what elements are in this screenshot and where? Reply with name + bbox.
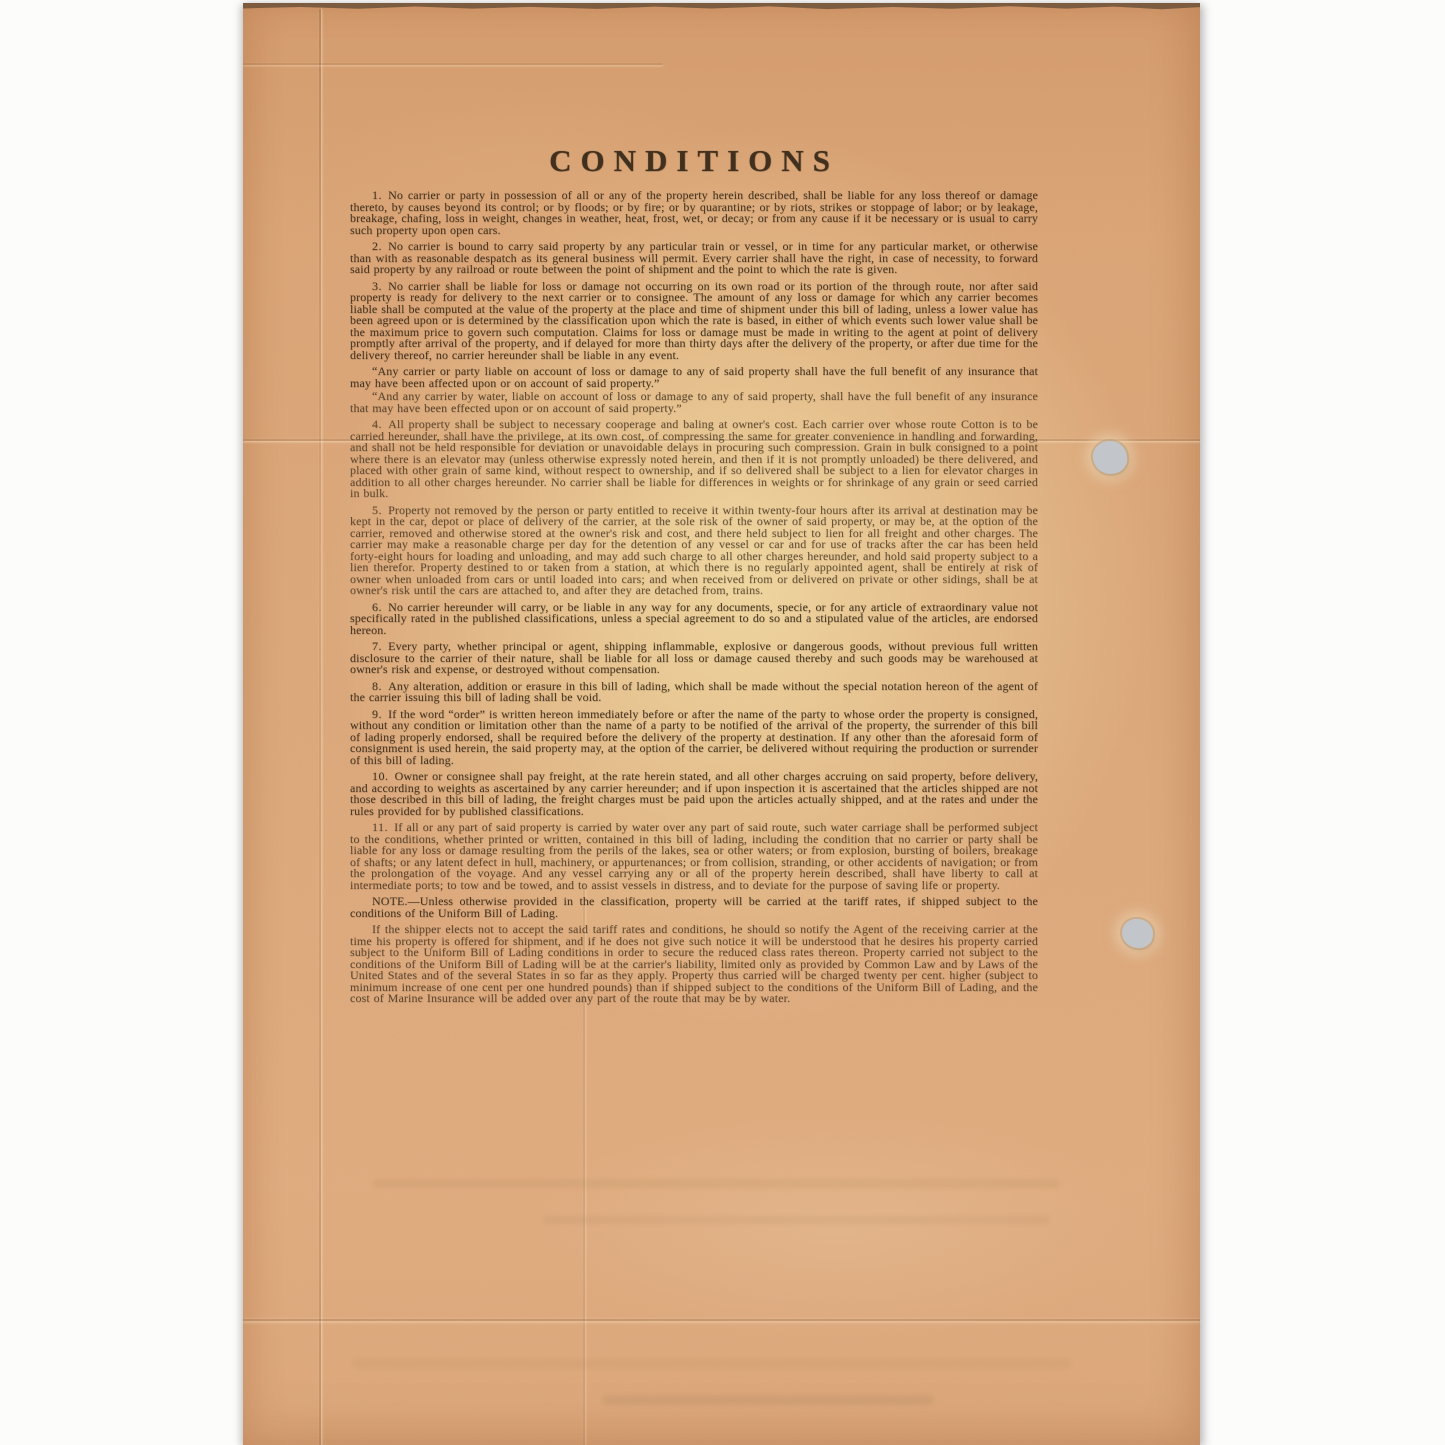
scan-background: CONDITIONS 1. No carrier or party in pos… <box>0 0 1445 1445</box>
paragraph: 7. Every party, whether principal or age… <box>350 641 1038 676</box>
paragraph-number: 2. <box>372 239 382 253</box>
fold-crease-lower <box>243 1319 1200 1321</box>
paragraph: 10. Owner or consignee shall pay freight… <box>350 771 1038 817</box>
bleed-through-text <box>603 1395 933 1405</box>
paragraph-number: 1. <box>372 188 382 202</box>
bleed-through-text <box>373 1179 1060 1188</box>
paragraph: If the shipper elects not to accept the … <box>350 924 1038 1005</box>
paragraph: 1. No carrier or party in possession of … <box>350 190 1038 236</box>
paragraph: 9. If the word “order” is written hereon… <box>350 709 1038 767</box>
document-page: CONDITIONS 1. No carrier or party in pos… <box>243 3 1200 1445</box>
paragraph: 3. No carrier shall be liable for loss o… <box>350 281 1038 362</box>
torn-top-edge <box>243 3 1200 11</box>
paragraph: 4. All property shall be subject to nece… <box>350 419 1038 500</box>
paragraph: “Any carrier or party liable on account … <box>350 366 1038 389</box>
conditions-text: 1. No carrier or party in possession of … <box>350 190 1038 1005</box>
paragraph: 2. No carrier is bound to carry said pro… <box>350 241 1038 276</box>
paragraph-number: 11. <box>372 820 388 834</box>
bleed-through-text <box>353 1359 1070 1368</box>
paragraph-number: 9. <box>372 707 382 721</box>
paragraph: “And any carrier by water, liable on acc… <box>350 391 1038 414</box>
punch-hole-bottom <box>1121 918 1154 949</box>
fold-crease-vertical <box>319 9 321 1445</box>
paragraph-number: 6. <box>372 600 382 614</box>
paragraph-number: 5. <box>372 503 382 517</box>
paragraph-number: 7. <box>372 639 382 653</box>
fold-crease-top <box>243 63 663 65</box>
page-content: CONDITIONS 1. No carrier or party in pos… <box>350 143 1038 1010</box>
page-title: CONDITIONS <box>356 143 1032 179</box>
punch-hole-top <box>1091 439 1129 476</box>
paragraph-number: 4. <box>372 417 382 431</box>
bleed-through-text <box>543 1216 1050 1224</box>
paragraph-number: 10. <box>372 769 389 783</box>
paragraph: 11. If all or any part of said property … <box>350 822 1038 891</box>
paragraph-number: 3. <box>372 279 382 293</box>
paragraph: 6. No carrier hereunder will carry, or b… <box>350 602 1038 637</box>
paragraph: NOTE.—Unless otherwise provided in the c… <box>350 896 1038 919</box>
paragraph-number: 8. <box>372 679 382 693</box>
paragraph: 5. Property not removed by the person or… <box>350 505 1038 597</box>
paragraph: 8. Any alteration, addition or erasure i… <box>350 681 1038 704</box>
